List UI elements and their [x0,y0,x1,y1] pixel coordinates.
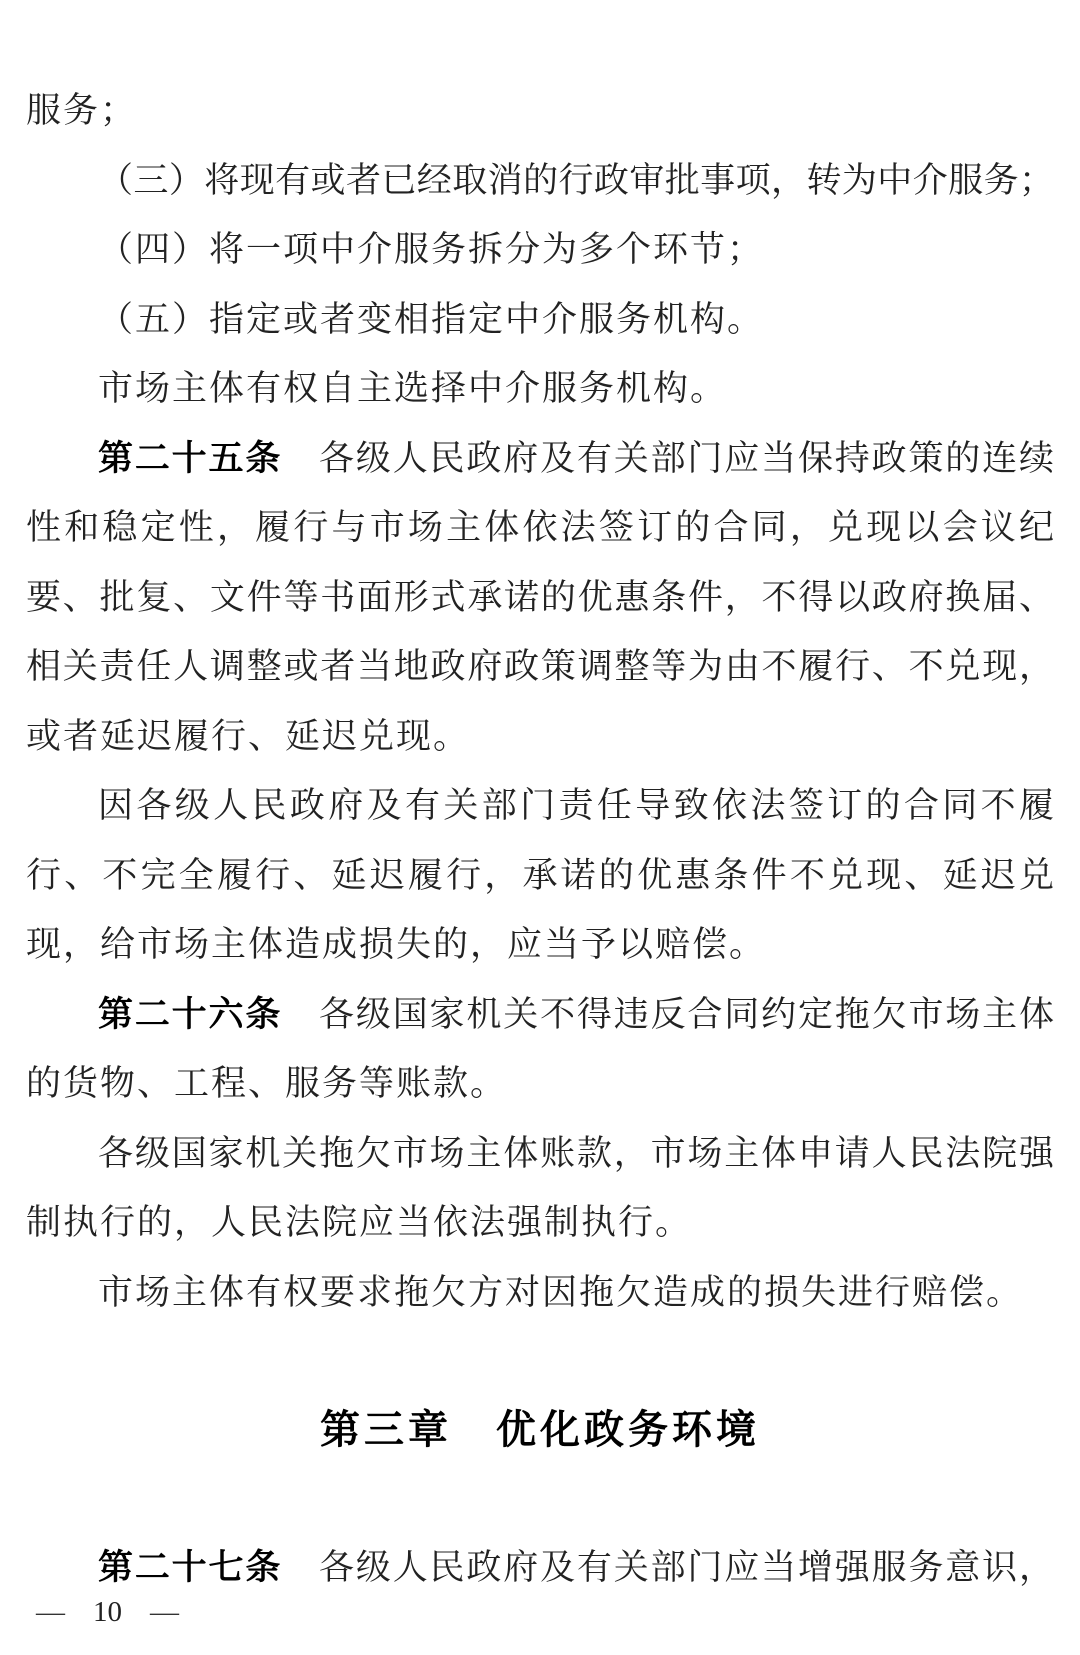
text-line: 第二十六条 各级国家机关不得违反合同约定拖欠市场主体 [26,980,1054,1050]
text-line: 要、批复、文件等书面形式承诺的优惠条件，不得以政府换届、 [26,563,1054,633]
article-number: 第二十七条 [98,1548,282,1587]
footer-dash-right: — [150,1592,179,1632]
article-text: 各级国家机关不得违反合同约定拖欠市场主体 [282,995,1054,1034]
text-line: 第二十七条 各级人民政府及有关部门应当增强服务意识， [26,1533,1054,1603]
text-line: 相关责任人调整或者当地政府政策调整等为由不履行、不兑现， [26,632,1054,702]
text-line: 服务； [26,76,1054,146]
text-line: （四）将一项中介服务拆分为多个环节； [26,215,1054,285]
text-line: 或者延迟履行、延迟兑现。 [26,702,1054,772]
text-line: 市场主体有权要求拖欠方对因拖欠造成的损失进行赔偿。 [26,1258,1054,1328]
text-line: （五）指定或者变相指定中介服务机构。 [26,285,1054,355]
text-line: （三）将现有或者已经取消的行政审批事项，转为中介服务； [26,146,1054,216]
text-line: 现，给市场主体造成损失的，应当予以赔偿。 [26,910,1054,980]
article-text: 各级人民政府及有关部门应当保持政策的连续 [282,439,1054,478]
text-line: 各级国家机关拖欠市场主体账款，市场主体申请人民法院强 [26,1119,1054,1189]
article-number: 第二十六条 [98,995,282,1034]
text-line: 市场主体有权自主选择中介服务机构。 [26,354,1054,424]
document-page: 服务； （三）将现有或者已经取消的行政审批事项，转为中介服务； （四）将一项中介… [0,0,1080,1655]
footer-dash-left: — [36,1592,65,1632]
text-line: 制执行的，人民法院应当依法强制执行。 [26,1188,1054,1258]
document-body: 服务； （三）将现有或者已经取消的行政审批事项，转为中介服务； （四）将一项中介… [26,76,1054,1327]
chapter-heading: 第三章 优化政务环境 [26,1395,1054,1465]
text-line: 因各级人民政府及有关部门责任导致依法签订的合同不履 [26,771,1054,841]
text-line: 性和稳定性，履行与市场主体依法签订的合同，兑现以会议纪 [26,493,1054,563]
page-footer: — 10 — [36,1592,179,1632]
text-line: 的货物、工程、服务等账款。 [26,1049,1054,1119]
page-number: 10 [93,1592,122,1632]
text-line: 行、不完全履行、延迟履行，承诺的优惠条件不兑现、延迟兑 [26,841,1054,911]
article-text: 各级人民政府及有关部门应当增强服务意识， [282,1548,1054,1587]
article-27-paragraph: 第二十七条 各级人民政府及有关部门应当增强服务意识， [26,1533,1054,1603]
article-number: 第二十五条 [98,439,282,478]
text-line: 第二十五条 各级人民政府及有关部门应当保持政策的连续 [26,424,1054,494]
